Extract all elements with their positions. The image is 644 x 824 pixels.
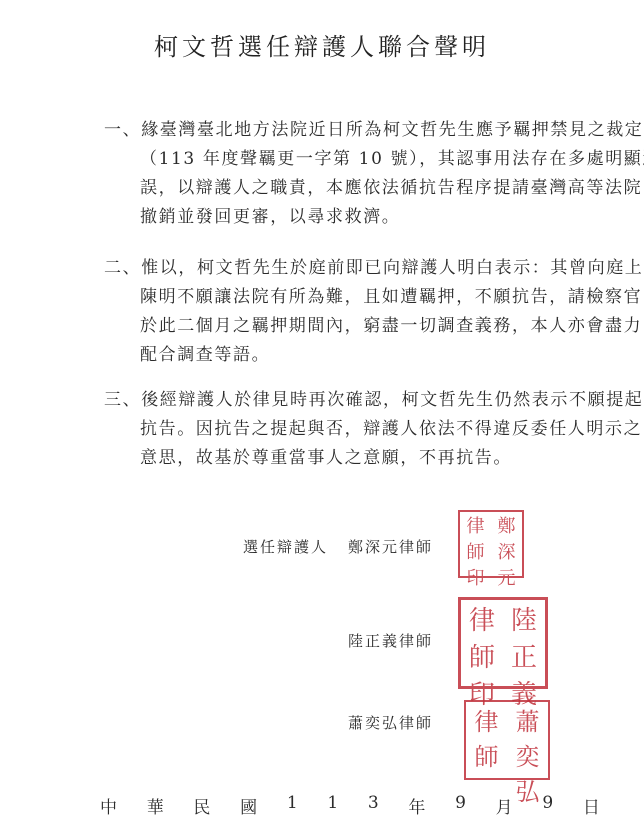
date-char: 月 bbox=[496, 793, 513, 818]
paragraph-line: 撤銷並發回更審，以尋求救濟。 bbox=[104, 203, 624, 232]
seal-char: 蕭 bbox=[516, 702, 540, 737]
date-char: 3 bbox=[368, 793, 379, 818]
seal-char: 師 bbox=[467, 538, 485, 564]
date-char: 華 bbox=[147, 793, 164, 818]
paragraph-line: 配合調查等語。 bbox=[104, 341, 624, 370]
seal-char: 師 bbox=[469, 637, 495, 674]
date-char: 中 bbox=[100, 793, 117, 818]
signatory-name-1: 鄭深元律師 bbox=[348, 536, 433, 557]
paragraph-line: 抗告。因抗告之提起與否，辯護人依法不得違反委任人明示之 bbox=[104, 415, 624, 444]
signatory-name-3: 蕭奕弘律師 bbox=[348, 712, 433, 733]
seal-stamp-2: 陸 正 義 律 師 印 bbox=[458, 597, 548, 689]
date-char: 9 bbox=[455, 793, 466, 818]
paragraph-line: 誤，以辯護人之職責，本應依法循抗告程序提請臺灣高等法院 bbox=[104, 174, 624, 203]
date-char: 民 bbox=[193, 793, 210, 818]
seal-stamp-3: 蕭 奕 弘 律 師 bbox=[464, 700, 550, 780]
seal-char: 印 bbox=[467, 564, 485, 590]
paragraph-line: 意思，故基於尊重當事人之意願，不再抗告。 bbox=[104, 444, 624, 473]
paragraph-line: 陳明不願讓法院有所為難，且如遭羈押，不願抗告，請檢察官 bbox=[104, 283, 624, 312]
paragraph-1: 一、緣臺灣臺北地方法院近日所為柯文哲先生應予羈押禁見之裁定 （113 年度聲羈更… bbox=[104, 116, 624, 232]
seal-char: 鄭 bbox=[498, 512, 516, 538]
paragraph-3: 三、後經辯護人於律見時再次確認，柯文哲先生仍然表示不願提起 抗告。因抗告之提起與… bbox=[104, 386, 624, 473]
paragraph-line: 二、惟以，柯文哲先生於庭前即已向辯護人明白表示：其曾向庭上 bbox=[104, 254, 624, 283]
date-char: 1 bbox=[287, 793, 298, 818]
document-title: 柯文哲選任辯護人聯合聲明 bbox=[0, 27, 644, 62]
date-char: 9 bbox=[542, 793, 553, 818]
date-char: 年 bbox=[408, 793, 425, 818]
document-date: 中 華 民 國 1 1 3 年 9 月 9 日 bbox=[100, 793, 600, 818]
seal-char: 律 bbox=[475, 702, 499, 737]
seal-char: 正 bbox=[511, 637, 537, 674]
seal-char: 元 bbox=[498, 564, 516, 590]
seal-stamp-1: 鄭 深 元 律 師 印 bbox=[458, 510, 524, 578]
seal-char: 奕 bbox=[516, 737, 540, 772]
paragraph-number: 二、 bbox=[104, 258, 141, 278]
paragraph-line: 三、後經辯護人於律見時再次確認，柯文哲先生仍然表示不願提起 bbox=[104, 386, 624, 415]
paragraph-number: 一、 bbox=[104, 120, 141, 140]
seal-char: 律 bbox=[467, 512, 485, 538]
date-char: 1 bbox=[327, 793, 338, 818]
date-char: 國 bbox=[240, 793, 257, 818]
paragraph-number: 三、 bbox=[104, 390, 141, 410]
seal-char: 律 bbox=[469, 600, 495, 637]
seal-char: 師 bbox=[475, 737, 499, 772]
signatory-name-2: 陸正義律師 bbox=[348, 630, 433, 651]
date-char: 日 bbox=[583, 793, 600, 818]
seal-char: 深 bbox=[498, 538, 516, 564]
paragraph-2: 二、惟以，柯文哲先生於庭前即已向辯護人明白表示：其曾向庭上 陳明不願讓法院有所為… bbox=[104, 254, 624, 370]
seal-char: 陸 bbox=[511, 600, 537, 637]
signatory-role-label: 選任辯護人 bbox=[243, 536, 328, 557]
paragraph-line: （113 年度聲羈更一字第 10 號），其認事用法存在多處明顯違 bbox=[104, 145, 624, 174]
paragraph-line: 一、緣臺灣臺北地方法院近日所為柯文哲先生應予羈押禁見之裁定 bbox=[104, 116, 624, 145]
paragraph-line: 於此二個月之羈押期間內，窮盡一切調查義務，本人亦會盡力 bbox=[104, 312, 624, 341]
